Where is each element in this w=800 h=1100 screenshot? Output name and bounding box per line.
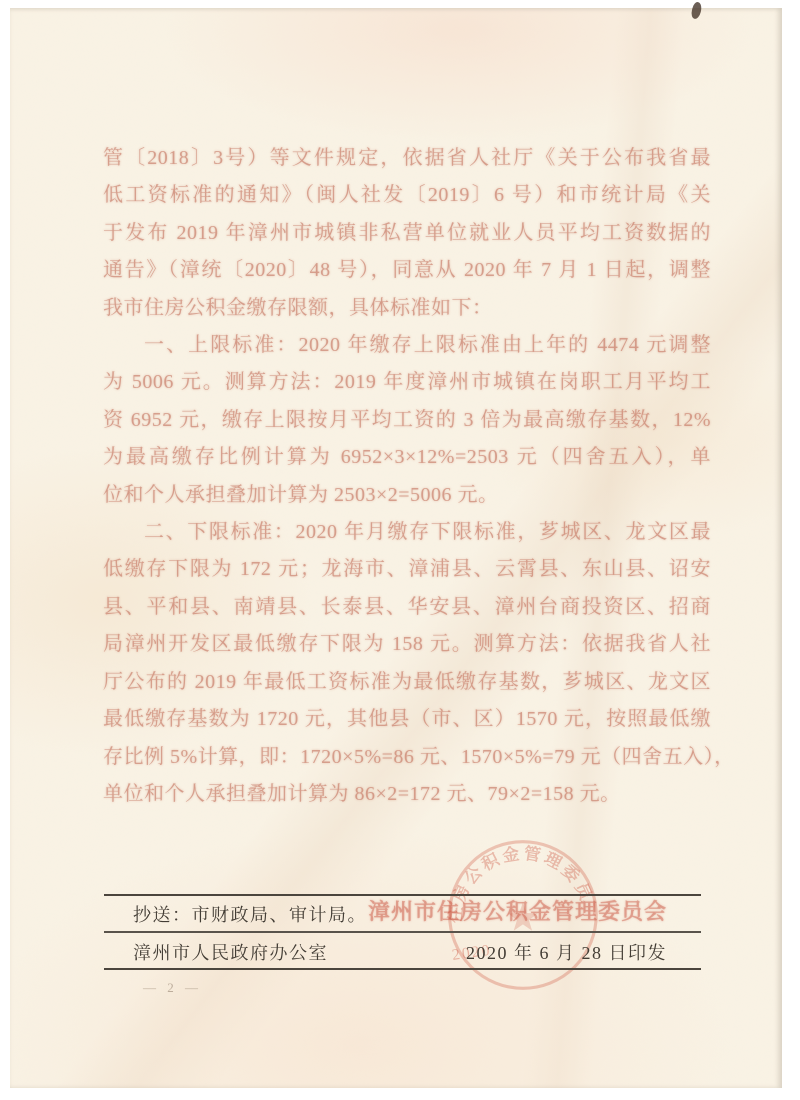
body-line: 局漳州开发区最低缴存下限为 158 元。测算方法：依据我省人社 <box>103 626 711 663</box>
body-line: 低缴存下限为 172 元；龙海市、漳浦县、云霄县、东山县、诏安 <box>103 551 711 588</box>
seal-committee-name: 漳州市住房公积金管理委员会 <box>368 895 678 926</box>
body-line: 县、平和县、南靖县、长泰县、华安县、漳州台商投资区、招商 <box>103 589 711 626</box>
print-date: 2020 年 6 月 28 日印发 <box>466 939 667 965</box>
body-line: 低工资标准的通知》（闽人社发〔2019〕6 号）和市统计局《关 <box>103 177 711 214</box>
document-body: 管〔2018〕3号）等文件规定，依据省人社厅《关于公布我省最 低工资标准的通知》… <box>103 140 711 813</box>
page-number: — 2 — <box>143 980 202 996</box>
body-line: 厅公布的 2019 年最低工资标准为最低缴存基数，芗城区、龙文区 <box>103 664 711 701</box>
body-line: 二、下限标准：2020 年月缴存下限标准，芗城区、龙文区最 <box>103 514 711 551</box>
body-line: 为最高缴存比例计算为 6952×3×12%=2503 元（四舍五入），单 <box>103 439 711 476</box>
body-line: 于发布 2019 年漳州市城镇非私营单位就业人员平均工资数据的 <box>103 215 711 252</box>
body-line: 位和个人承担叠加计算为 2503×2=5006 元。 <box>103 477 711 514</box>
footer-issuer-row: 漳州市人民政府办公室 2020 年 6 月 28 日印发 <box>133 939 667 965</box>
footer-divider-bottom <box>104 968 701 970</box>
body-line: 管〔2018〕3号）等文件规定，依据省人社厅《关于公布我省最 <box>103 140 711 177</box>
footer-divider-top <box>104 894 701 896</box>
scanned-document-page: 管〔2018〕3号）等文件规定，依据省人社厅《关于公布我省最 低工资标准的通知》… <box>0 0 800 1100</box>
body-line: 我市住房公积金缴存限额，具体标准如下： <box>103 290 711 327</box>
body-line: 存比例 5%计算，即：1720×5%=86 元、1570×5%=79 元（四舍五… <box>103 739 711 776</box>
body-line: 单位和个人承担叠加计算为 86×2=172 元、79×2=158 元。 <box>103 776 711 813</box>
body-line: 为 5006 元。测算方法：2019 年度漳州市城镇在岗职工月平均工 <box>103 364 711 401</box>
body-line: 通告》（漳统〔2020〕48 号），同意从 2020 年 7 月 1 日起，调整 <box>103 252 711 289</box>
issuing-office: 漳州市人民政府办公室 <box>133 939 328 965</box>
body-line: 最低缴存基数为 1720 元，其他县（市、区）1570 元，按照最低缴 <box>103 701 711 738</box>
body-line: 一、上限标准：2020 年缴存上限标准由上年的 4474 元调整 <box>103 327 711 364</box>
copy-to-line: 抄送：市财政局、审计局。 <box>133 901 367 927</box>
body-line: 资 6952 元，缴存上限按月平均工资的 3 倍为最高缴存基数，12% <box>103 402 711 439</box>
footer-divider-middle <box>104 931 701 933</box>
